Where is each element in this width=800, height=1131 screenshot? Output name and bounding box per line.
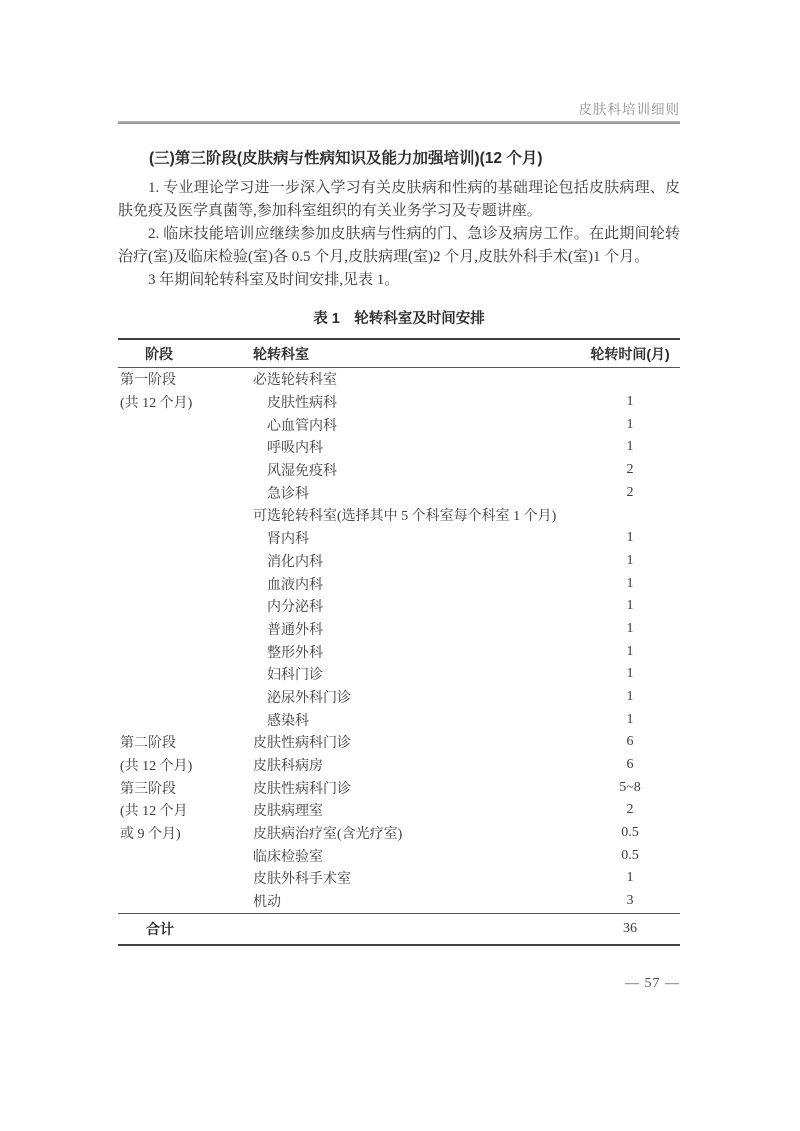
cell-department: 感染科 bbox=[237, 710, 580, 730]
cell-duration: 0.5 bbox=[580, 848, 680, 864]
cell-department: 血液内科 bbox=[237, 574, 580, 594]
cell-department: 皮肤病理室 bbox=[237, 800, 580, 820]
paragraph-clinical: 2. 临床技能培训应继续参加皮肤病与性病的门、急诊及病房工作。在此期间轮转治疗(… bbox=[118, 223, 680, 269]
cell-department: 心血管内科 bbox=[237, 415, 580, 435]
table-row: 第一阶段必选轮转科室 bbox=[118, 368, 680, 391]
cell-department: 泌尿外科门诊 bbox=[237, 687, 580, 707]
table-row: 泌尿外科门诊1 bbox=[118, 686, 680, 709]
table-row: (共 12 个月皮肤病理室2 bbox=[118, 799, 680, 822]
paragraph-see-table: 3 年期间轮转科室及时间安排,见表 1。 bbox=[118, 269, 680, 292]
cell-department: 皮肤科病房 bbox=[237, 755, 580, 775]
cell-department: 皮肤性病科门诊 bbox=[237, 732, 580, 752]
cell-duration: 1 bbox=[580, 712, 680, 728]
column-header-stage: 阶段 bbox=[118, 344, 237, 364]
table-row: 或 9 个月)皮肤病治疗室(含光疗室)0.5 bbox=[118, 822, 680, 845]
paragraph-theory: 1. 专业理论学习进一步深入学习有关皮肤病和性病的基础理论包括皮肤病理、皮肤免疫… bbox=[118, 177, 680, 223]
content-area: (三)第三阶段(皮肤病与性病知识及能力加强培训)(12 个月) 1. 专业理论学… bbox=[118, 147, 680, 946]
cell-stage: 或 9 个月) bbox=[118, 823, 237, 843]
table-total-row: 合计 36 bbox=[118, 913, 680, 944]
cell-department: 皮肤病治疗室(含光疗室) bbox=[237, 823, 580, 843]
cell-duration: 2 bbox=[580, 802, 680, 818]
table-row: 感染科1 bbox=[118, 708, 680, 731]
cell-duration: 0.5 bbox=[580, 825, 680, 841]
column-header-department: 轮转科室 bbox=[237, 344, 580, 364]
cell-stage: 第一阶段 bbox=[118, 369, 237, 389]
cell-duration: 6 bbox=[580, 734, 680, 750]
table-row: 风湿免疫科2 bbox=[118, 459, 680, 482]
cell-department: 风湿免疫科 bbox=[237, 460, 580, 480]
table-row: 整形外科1 bbox=[118, 640, 680, 663]
table-row: 第二阶段皮肤性病科门诊6 bbox=[118, 731, 680, 754]
cell-duration: 1 bbox=[580, 621, 680, 637]
cell-stage: (共 12 个月) bbox=[118, 755, 237, 775]
cell-stage: 第三阶段 bbox=[118, 778, 237, 798]
cell-duration: 1 bbox=[580, 530, 680, 546]
cell-stage: 第二阶段 bbox=[118, 732, 237, 752]
page-number: — 57 — bbox=[118, 976, 680, 992]
cell-department: 消化内科 bbox=[237, 551, 580, 571]
cell-duration: 1 bbox=[580, 870, 680, 886]
cell-duration: 1 bbox=[580, 394, 680, 410]
table-row: 机动3 bbox=[118, 890, 680, 913]
cell-department: 急诊科 bbox=[237, 483, 580, 503]
table-row: 妇科门诊1 bbox=[118, 663, 680, 686]
table-row: (共 12 个月)皮肤科病房6 bbox=[118, 754, 680, 777]
table-row: 急诊科2 bbox=[118, 481, 680, 504]
cell-duration: 1 bbox=[580, 553, 680, 569]
table-row: 普通外科1 bbox=[118, 618, 680, 641]
cell-duration: 1 bbox=[580, 576, 680, 592]
document-page: 皮肤科培训细则 (三)第三阶段(皮肤病与性病知识及能力加强培训)(12 个月) … bbox=[0, 0, 800, 1131]
table-row: 皮肤外科手术室1 bbox=[118, 867, 680, 890]
table-row: 内分泌科1 bbox=[118, 595, 680, 618]
table-row: (共 12 个月)皮肤性病科1 bbox=[118, 391, 680, 414]
header-rule bbox=[118, 121, 680, 124]
cell-duration: 1 bbox=[580, 417, 680, 433]
cell-department: 整形外科 bbox=[237, 642, 580, 662]
cell-duration: 1 bbox=[580, 439, 680, 455]
cell-department: 内分泌科 bbox=[237, 596, 580, 616]
cell-duration: 5~8 bbox=[580, 780, 680, 796]
table-row: 第三阶段皮肤性病科门诊5~8 bbox=[118, 776, 680, 799]
cell-department: 普通外科 bbox=[237, 619, 580, 639]
total-value: 36 bbox=[580, 921, 680, 937]
cell-duration: 2 bbox=[580, 485, 680, 501]
cell-department: 妇科门诊 bbox=[237, 664, 580, 684]
cell-duration: 1 bbox=[580, 644, 680, 660]
table-row: 消化内科1 bbox=[118, 550, 680, 573]
cell-duration: 1 bbox=[580, 689, 680, 705]
cell-department: 必选轮转科室 bbox=[237, 369, 580, 389]
cell-department: 皮肤性病科门诊 bbox=[237, 778, 580, 798]
cell-duration: 3 bbox=[580, 893, 680, 909]
cell-department: 皮肤性病科 bbox=[237, 392, 580, 412]
rotation-schedule-table: 阶段 轮转科室 轮转时间(月) 第一阶段必选轮转科室(共 12 个月)皮肤性病科… bbox=[118, 338, 680, 946]
table-header-row: 阶段 轮转科室 轮转时间(月) bbox=[118, 340, 680, 368]
table-row: 呼吸内科1 bbox=[118, 436, 680, 459]
cell-department: 肾内科 bbox=[237, 528, 580, 548]
cell-department: 机动 bbox=[237, 891, 580, 911]
table-body: 第一阶段必选轮转科室(共 12 个月)皮肤性病科1心血管内科1呼吸内科1风湿免疫… bbox=[118, 368, 680, 913]
table-row: 血液内科1 bbox=[118, 572, 680, 595]
column-header-duration: 轮转时间(月) bbox=[580, 344, 680, 364]
total-label: 合计 bbox=[118, 919, 237, 939]
cell-duration: 1 bbox=[580, 666, 680, 682]
table-row: 临床检验室0.5 bbox=[118, 844, 680, 867]
table-row: 肾内科1 bbox=[118, 527, 680, 550]
cell-stage: (共 12 个月) bbox=[118, 392, 237, 412]
cell-duration: 1 bbox=[580, 598, 680, 614]
cell-department: 呼吸内科 bbox=[237, 437, 580, 457]
table-row: 可选轮转科室(选择其中 5 个科室每个科室 1 个月) bbox=[118, 504, 680, 527]
cell-department: 临床检验室 bbox=[237, 846, 580, 866]
cell-duration: 2 bbox=[580, 462, 680, 478]
cell-duration: 6 bbox=[580, 757, 680, 773]
table-title: 表 1 轮转科室及时间安排 bbox=[118, 309, 680, 329]
running-header: 皮肤科培训细则 bbox=[118, 101, 680, 118]
cell-stage: (共 12 个月 bbox=[118, 800, 237, 820]
table-row: 心血管内科1 bbox=[118, 413, 680, 436]
section-heading: (三)第三阶段(皮肤病与性病知识及能力加强培训)(12 个月) bbox=[118, 147, 680, 171]
cell-department: 可选轮转科室(选择其中 5 个科室每个科室 1 个月) bbox=[237, 505, 580, 525]
cell-department: 皮肤外科手术室 bbox=[237, 868, 580, 888]
